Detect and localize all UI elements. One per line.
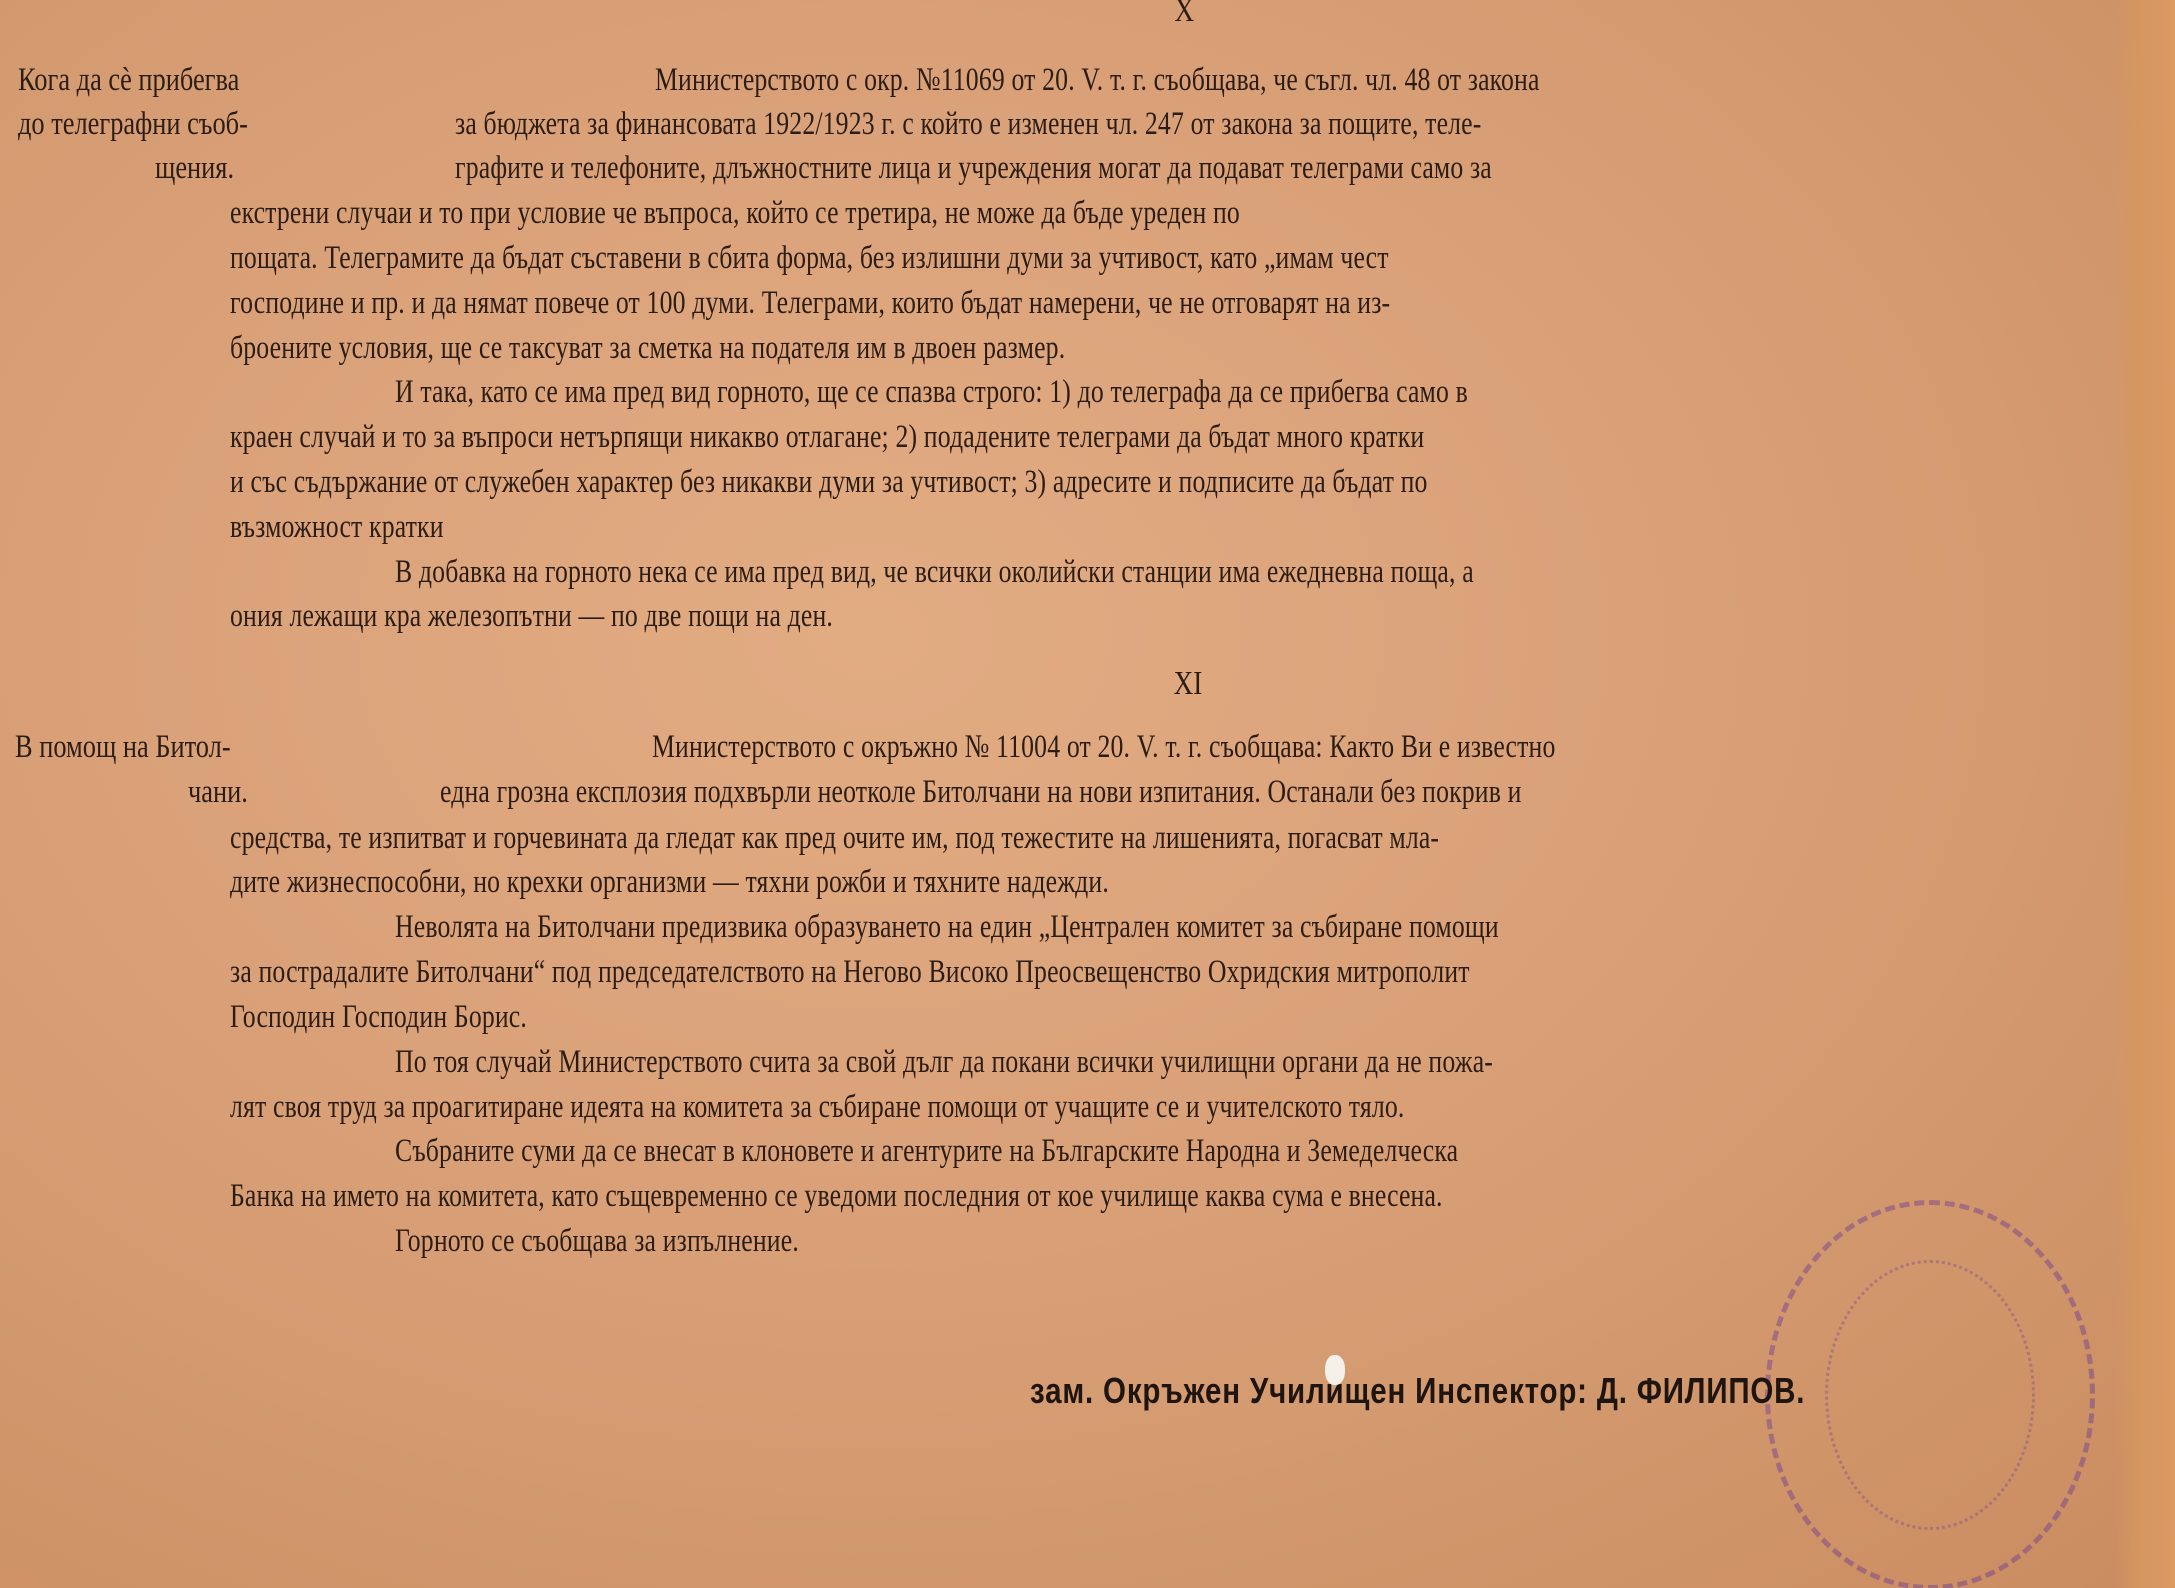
section-number-xi: XI [1174, 665, 1203, 703]
section-x-line: И така, като се има пред вид горното, ще… [395, 372, 1468, 412]
section-xi-line: Банка на името на комитета, като същевре… [230, 1176, 1443, 1216]
section-x-line: и със съдържание от служебен характер бе… [230, 462, 1428, 502]
section-xi-line: Министерството с окръжно № 11004 от 20. … [652, 727, 1555, 767]
section-xi-line: Горното се съобщава за изпълнение. [395, 1221, 799, 1261]
section-xi-line: Господин Господин Борис. [230, 997, 527, 1037]
section-xi-line: за пострадалите Битолчани“ под председат… [230, 952, 1470, 992]
section-xi-line: средства, те изпитват и горчевината да г… [230, 818, 1439, 858]
section-xi-line: лят своя труд за проагитиране идеята на … [230, 1087, 1404, 1127]
section-x-line: краен случай и то за въпроси нетърпящи н… [230, 417, 1424, 457]
section-x-line: броените условия, ще се таксуват за смет… [230, 328, 1065, 368]
section-x-line: за бюджета за финансовата 1922/1923 г. с… [455, 104, 1481, 144]
section-number-x: X [1174, 0, 1194, 30]
section-x-line: ония лежащи кра железопътни — по две пощ… [230, 596, 833, 636]
margin-note-x-line-2: до телеграфни съоб- [18, 104, 248, 144]
section-xi-line: Неволята на Битолчани предизвика образув… [395, 907, 1499, 947]
section-xi-line: една грозна експлозия подхвърли неотколе… [440, 772, 1522, 812]
section-xi-line: дите жизнеспособни, но крехки организми … [230, 862, 1109, 902]
section-x-line: възможност кратки [230, 507, 444, 547]
official-stamp-icon [1765, 1200, 2095, 1588]
section-x-line: В добавка на горното нека се има пред ви… [395, 552, 1474, 592]
section-x-line: графите и телефоните, длъжностните лица … [455, 148, 1492, 188]
margin-note-xi-line-2: чани. [188, 772, 248, 812]
margin-note-xi-line-1: В помощ на Битол- [15, 727, 231, 767]
signature-line: зам. Окръжен Училищен Инспектор: Д. ФИЛИ… [1030, 1370, 1805, 1412]
paper-right-edge [2115, 0, 2175, 1588]
section-x-line: екстрени случаи и то при условие че въпр… [230, 193, 1240, 233]
margin-note-x-line-3: щения. [155, 148, 234, 188]
section-x-line: пощата. Телеграмите да бъдат съставени в… [230, 238, 1389, 278]
section-x-line: Министерството с окр. №11069 от 20. V. т… [655, 60, 1540, 100]
section-x-line: господине и пр. и да нямат повече от 100… [230, 283, 1390, 323]
section-xi-line: Събраните суми да се внесат в клоновете … [395, 1131, 1458, 1171]
paper-hole [1325, 1355, 1345, 1385]
margin-note-x-line-1: Кога да сѐ прибегва [18, 60, 239, 100]
section-xi-line: По тоя случай Министерството счита за св… [395, 1042, 1493, 1082]
